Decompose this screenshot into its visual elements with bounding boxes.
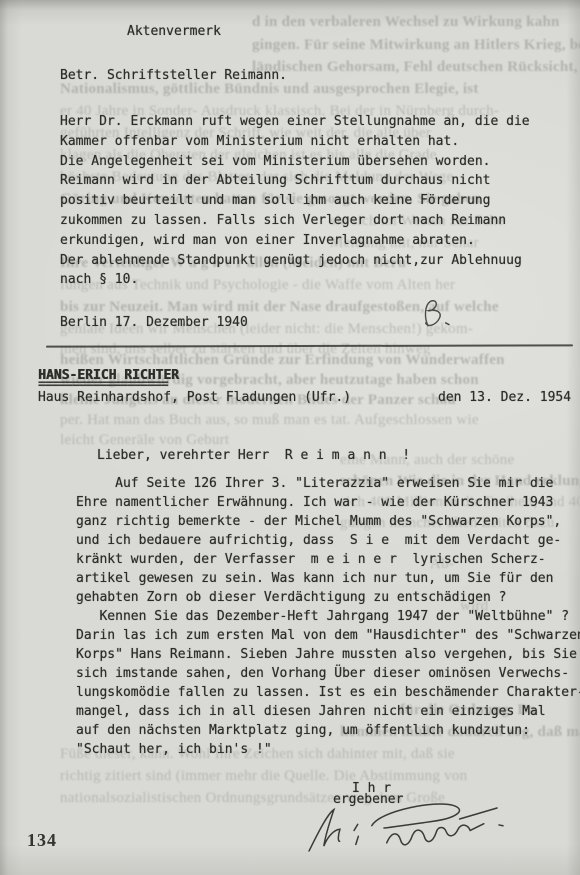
page-number: 134 bbox=[27, 830, 57, 851]
bleedthrough-line: per. Hat man das Buch aus, so muß man es… bbox=[60, 412, 479, 429]
letter-date: den 13. Dez. 1954 bbox=[438, 390, 571, 405]
scanned-book-page: d in den verbaleren Wechsel zu Wirkung k… bbox=[0, 0, 580, 875]
memo-dateline: Berlin 17. Dezember 1940 bbox=[60, 315, 248, 330]
letter-body: Auf Seite 126 Ihrer 3. "Literazzia" erwe… bbox=[76, 474, 580, 759]
signature-handwriting-icon bbox=[299, 795, 507, 863]
letter-salutation: Lieber, verehrter Herr R e i m a n n ! bbox=[97, 448, 410, 463]
letter-sender-address: Haus Reinhardshof, Post Fladungen (Ufr.) bbox=[38, 390, 351, 405]
memo-body: Herr Dr. Erckmann ruft wegen einer Stell… bbox=[60, 112, 530, 290]
memo-title: Aktenvermerk bbox=[127, 24, 221, 39]
bleedthrough-line: Nationalismus, göttliche Bündnis und aus… bbox=[60, 81, 479, 98]
memo-subject: Betr. Schriftsteller Reimann. bbox=[60, 68, 287, 83]
bleedthrough-line: heißen Wirtschaftlichen Gründe zur Erfin… bbox=[60, 352, 505, 369]
handwritten-initial-icon bbox=[414, 294, 456, 339]
bleedthrough-line: ländischen Gehorsam, Fehl deutschen Rück… bbox=[252, 59, 580, 76]
bleedthrough-line: gingen. Für seine Mitwirkung an Hitlers … bbox=[252, 37, 580, 54]
bleedthrough-line: richtig zitiert sind (immer mehr die Que… bbox=[60, 768, 467, 785]
bleedthrough-line: leicht Generäle von Geburt bbox=[60, 432, 229, 449]
bleedthrough-line: d in den verbaleren Wechsel zu Wirkung k… bbox=[252, 14, 560, 31]
